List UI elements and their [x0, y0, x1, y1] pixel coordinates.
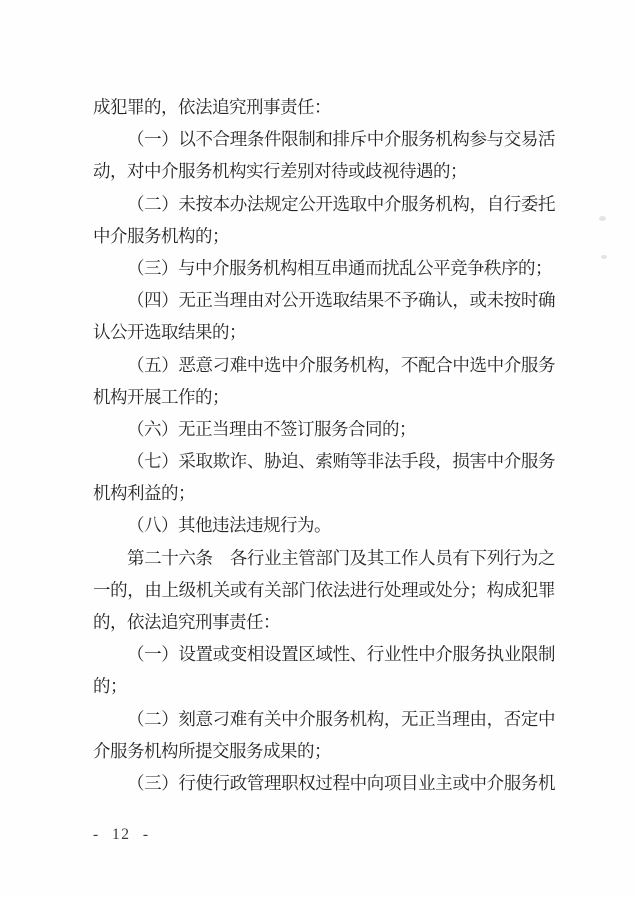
text-line: （七）采取欺诈、胁迫、索贿等非法手段，损害中介服务 [93, 445, 555, 477]
page-number: - 12 - [93, 826, 150, 844]
document-page: 成犯罪的，依法追究刑事责任： （一）以不合理条件限制和排斥中介服务机构参与交易活… [0, 0, 634, 897]
document-body: 成犯罪的，依法追究刑事责任： （一）以不合理条件限制和排斥中介服务机构参与交易活… [93, 91, 555, 799]
text-line: （五）恶意刁难中选中介服务机构，不配合中选中介服务 [93, 349, 555, 381]
text-line: 的； [93, 670, 555, 702]
text-line: （八）其他违法违规行为。 [93, 509, 555, 541]
text-line: 动，对中介服务机构实行差别对待或歧视待遇的； [93, 155, 555, 187]
text-line: （一）设置或变相设置区域性、行业性中介服务执业限制 [93, 638, 555, 670]
text-line: （一）以不合理条件限制和排斥中介服务机构参与交易活 [93, 123, 555, 155]
scan-artifact [599, 216, 606, 221]
text-line: 一的，由上级机关或有关部门依法进行处理或处分；构成犯罪 [93, 574, 555, 606]
text-line: （四）无正当理由对公开选取结果不予确认，或未按时确 [93, 284, 555, 316]
text-line: （三）与中介服务机构相互串通而扰乱公平竞争秩序的； [93, 252, 555, 284]
text-line: 机构利益的； [93, 477, 555, 509]
text-line: （三）行使行政管理职权过程中向项目业主或中介服务机 [93, 767, 555, 799]
text-line: （二）刻意刁难有关中介服务机构，无正当理由，否定中 [93, 703, 555, 735]
scan-artifact [601, 255, 607, 259]
text-line: 中介服务机构的； [93, 220, 555, 252]
text-line: 机构开展工作的； [93, 381, 555, 413]
text-line: （二）未按本办法规定公开选取中介服务机构，自行委托 [93, 188, 555, 220]
text-line: 成犯罪的，依法追究刑事责任： [93, 91, 555, 123]
text-line: 认公开选取结果的； [93, 316, 555, 348]
text-line: 的，依法追究刑事责任： [93, 606, 555, 638]
text-line: 第二十六条 各行业主管部门及其工作人员有下列行为之 [93, 542, 555, 574]
text-line: （六）无正当理由不签订服务合同的； [93, 413, 555, 445]
text-line: 介服务机构所提交服务成果的； [93, 735, 555, 767]
